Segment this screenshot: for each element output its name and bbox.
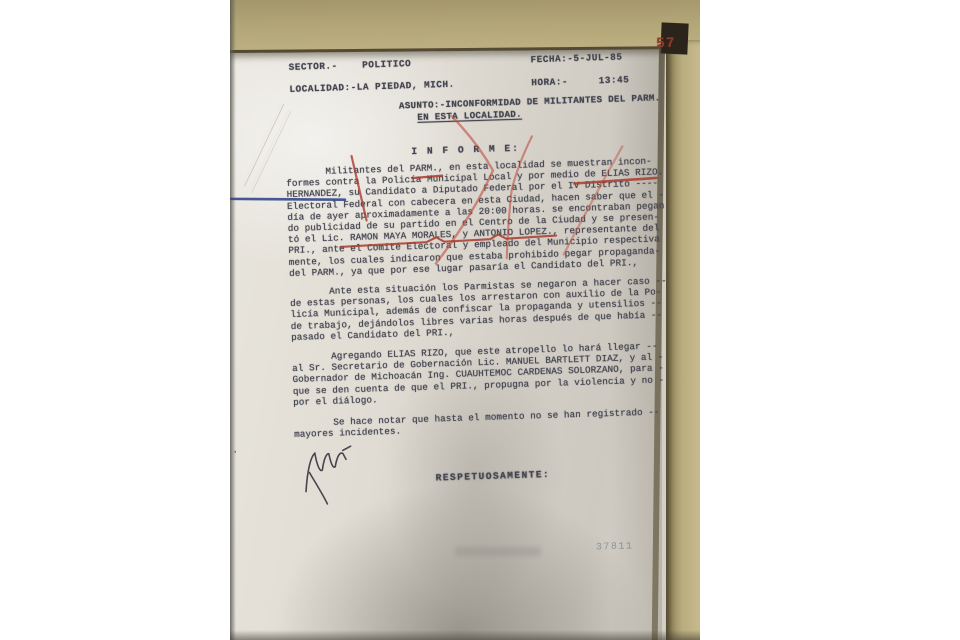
- blue-pen-underline: [230, 195, 345, 203]
- handwritten-initials: [234, 446, 353, 507]
- paper-creases: [240, 102, 294, 194]
- document-photo: SECTOR.- POLITICO FECHA:-5-JUL-85 57 LOC…: [230, 0, 700, 640]
- document-page: SECTOR.- POLITICO FECHA:-5-JUL-85 57 LOC…: [230, 0, 700, 640]
- red-pen-underlines: [338, 169, 658, 247]
- pen-annotations-layer: [230, 0, 700, 640]
- red-pen-marks: [350, 111, 625, 266]
